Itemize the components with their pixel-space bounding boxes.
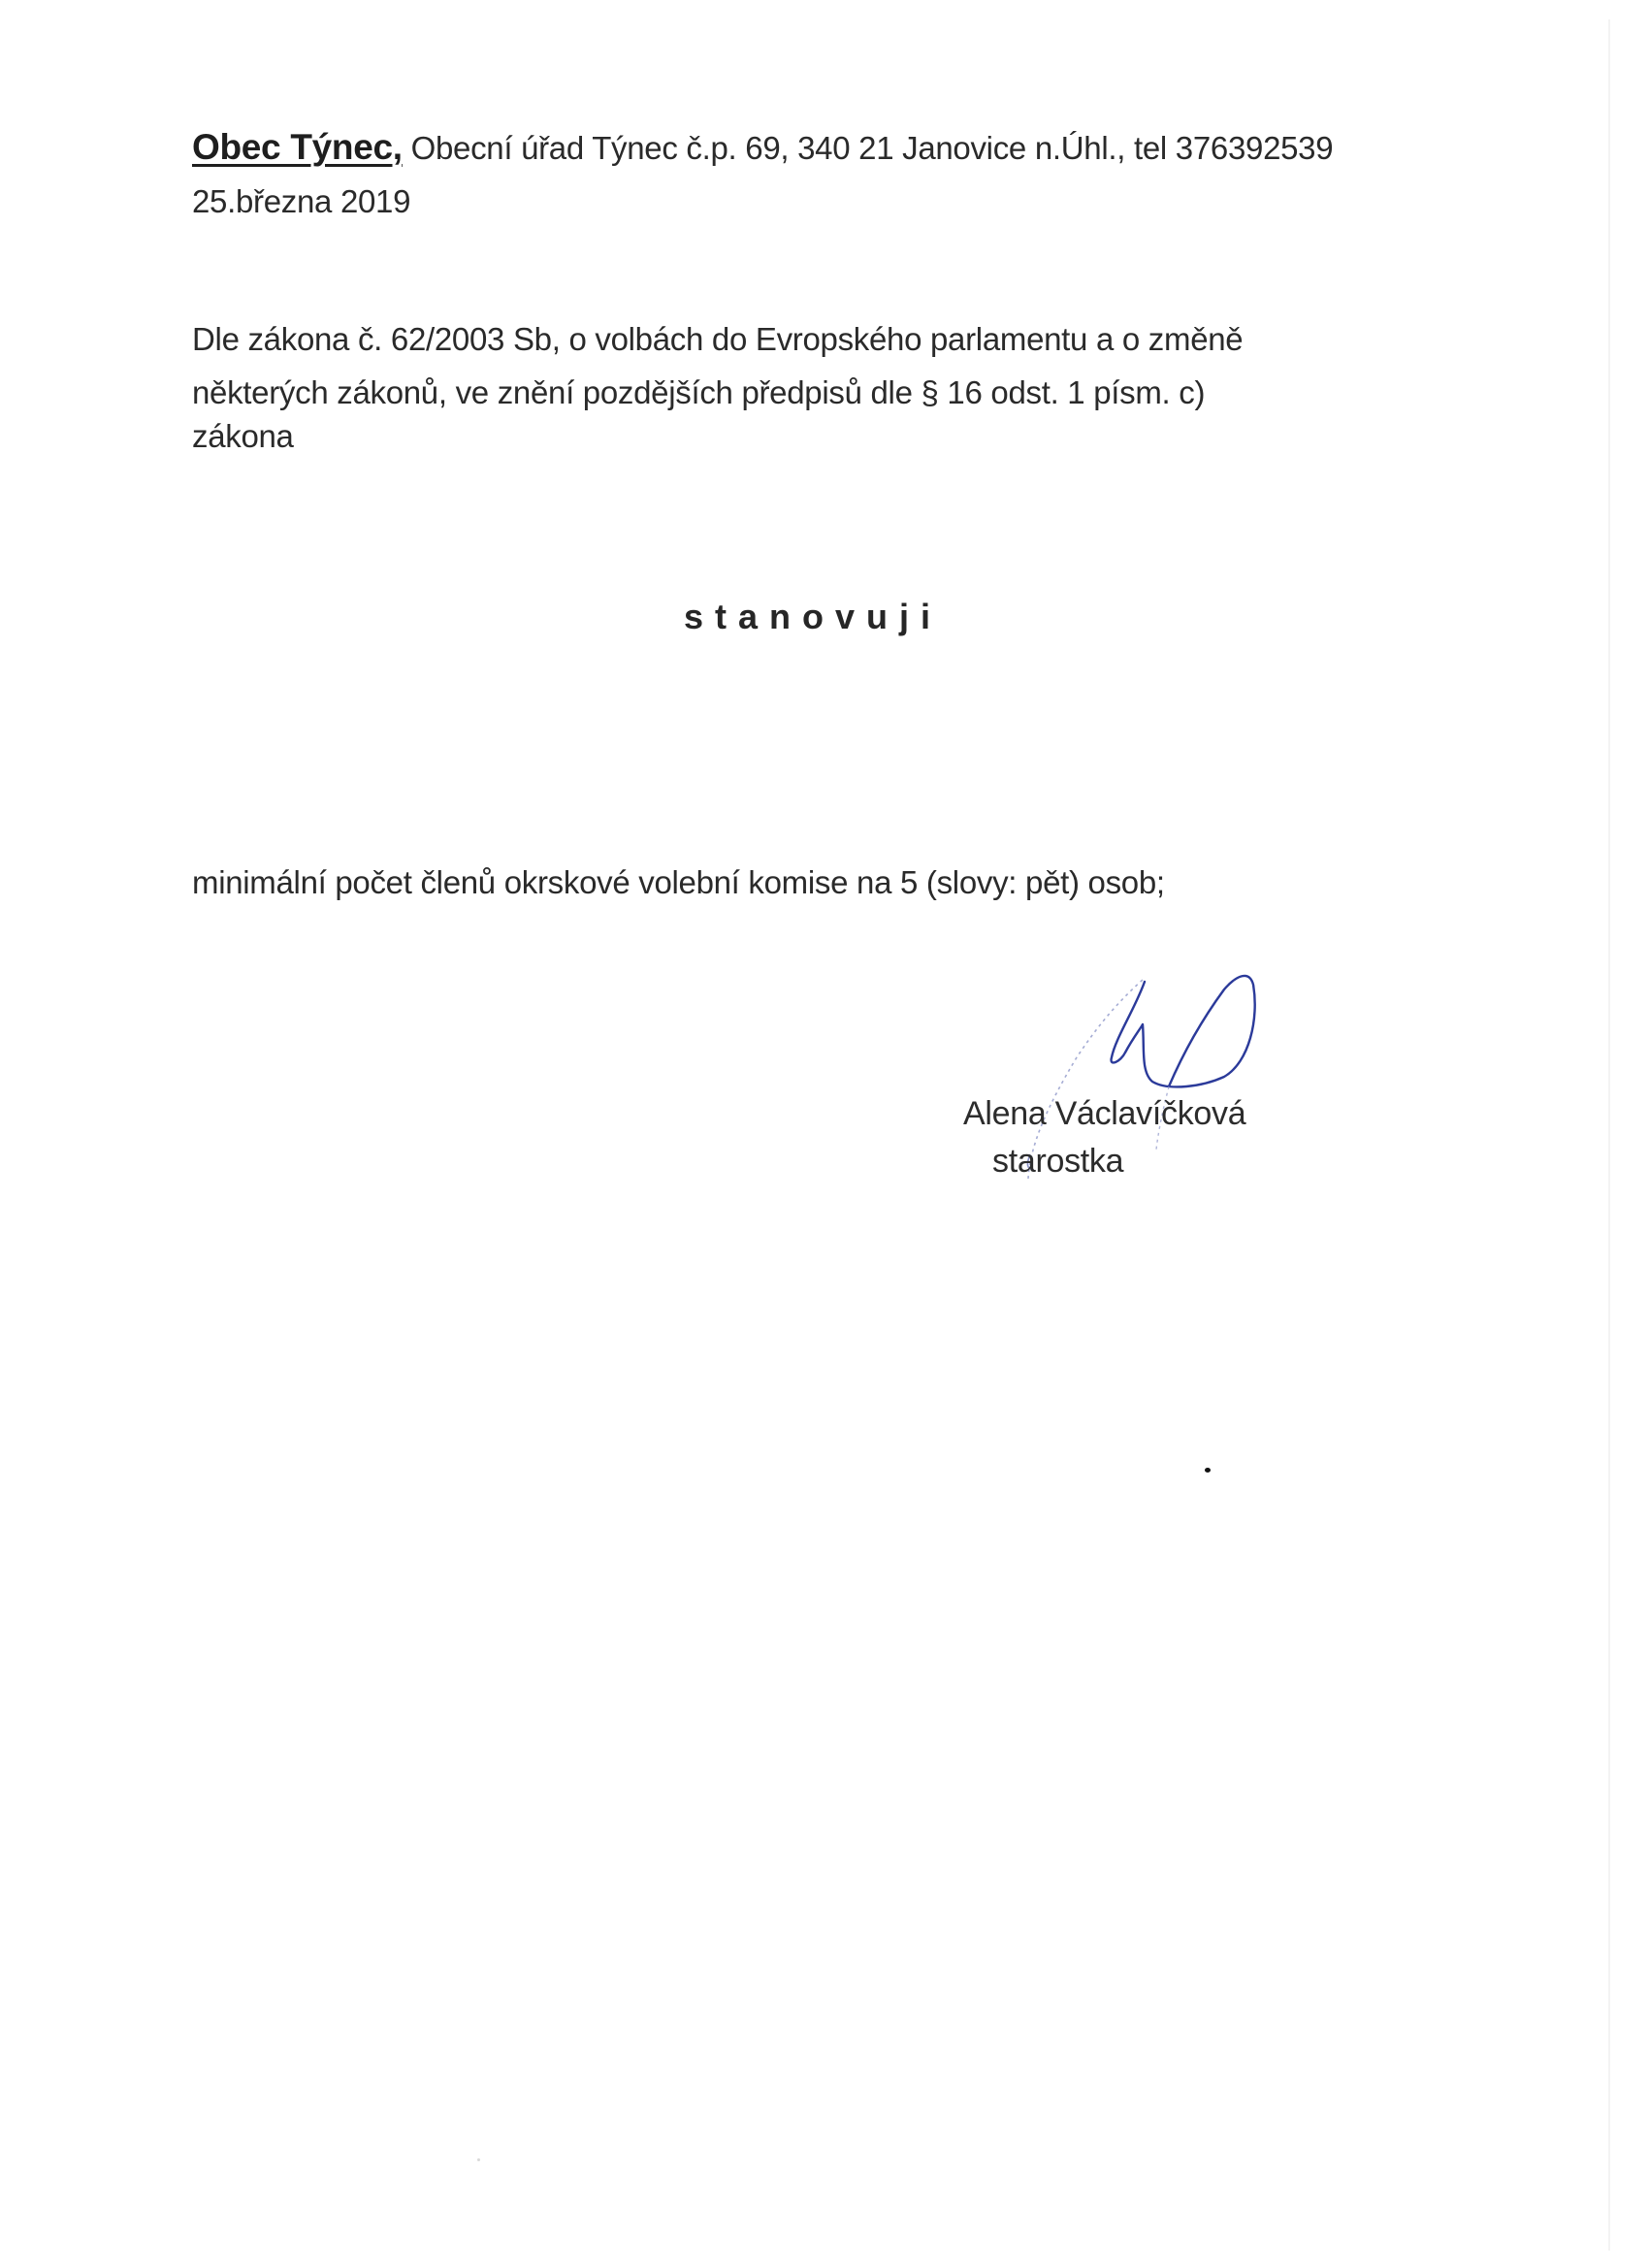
decision-text: minimální počet členů okrskové volební k… [192, 863, 1165, 902]
letterhead: Obec Týnec, Obecní úřad Týnec č.p. 69, 3… [192, 128, 1333, 168]
organization-address: Obecní úřad Týnec č.p. 69, 340 21 Janovi… [403, 130, 1334, 166]
legal-basis-line-2: některých zákonů, ve znění pozdějších př… [192, 373, 1205, 412]
scan-speck [1205, 1468, 1211, 1473]
legal-basis-line-1: Dle zákona č. 62/2003 Sb, o volbách do E… [192, 320, 1243, 359]
scan-speck [477, 2158, 480, 2161]
signatory-role: starostka [992, 1142, 1123, 1181]
legal-basis-line-3: zákona [192, 417, 294, 456]
document-date: 25.března 2019 [192, 182, 410, 221]
scan-edge-line [1608, 19, 1610, 2251]
signatory-name: Alena Václavíčková [963, 1094, 1245, 1133]
organization-name: Obec Týnec, [192, 127, 403, 167]
document-page: Obec Týnec, Obecní úřad Týnec č.p. 69, 3… [0, 0, 1649, 2268]
decree-heading: stanovuji [684, 597, 942, 637]
